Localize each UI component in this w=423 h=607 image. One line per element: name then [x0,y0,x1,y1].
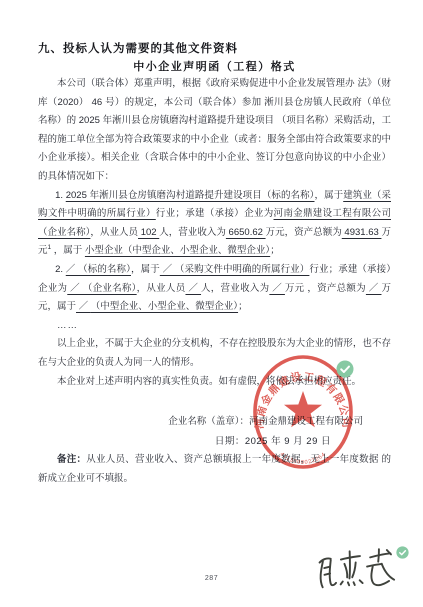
ellipsis-line: …… [38,317,391,336]
item-2-paragraph: 2. ／ （标的名称），属于 ／ （采购文件中明确的所属行业）行业；承建（承接）… [38,261,391,317]
section-title: 九、投标人认为需要的其他文件资料 [38,42,391,57]
page-title: 中小企业声明函（工程）格式 [38,60,391,75]
text-column: 九、投标人认为需要的其他文件资料 中小企业声明函（工程）格式 本公司（联合体）郑… [38,42,391,488]
intro-paragraph: 本公司（联合体）郑重声明，根据《政府采购促进中小企业发展管理办 法》（财库（20… [38,75,391,187]
document-page: 九、投标人认为需要的其他文件资料 中小企业声明函（工程）格式 本公司（联合体）郑… [0,0,423,607]
item-1-paragraph: 1. 2025 年淅川县仓房镇磨沟村道路提升建设项目（标的名称），属于建筑业（采… [38,187,391,261]
no-big-enterprise-paragraph: 以上企业，不属于大企业的分支机构，不存在控股股东为大企业的情形，也不存在与大企业… [38,335,391,372]
company-seal-line: 企业名称（盖章）：河南金鼎建设工程有限公司 [38,412,363,432]
remark-paragraph: 备注：从业人员、营业收入、资产总额填报上一年度数据，无上一年度数据 的新成立企业… [38,451,391,488]
responsibility-paragraph: 本企业对上述声明内容的真实性负责。如有虚假，将依法承担相应责任。 [38,373,391,392]
handwritten-signature: 冯杰武 [312,541,402,594]
page-number: 287 [0,575,423,582]
signature-block: 企业名称（盖章）：河南金鼎建设工程有限公司 日期：2025 年 9 月 29 日 [38,412,391,451]
date-line: 日期：2025 年 9 月 29 日 [38,432,331,452]
